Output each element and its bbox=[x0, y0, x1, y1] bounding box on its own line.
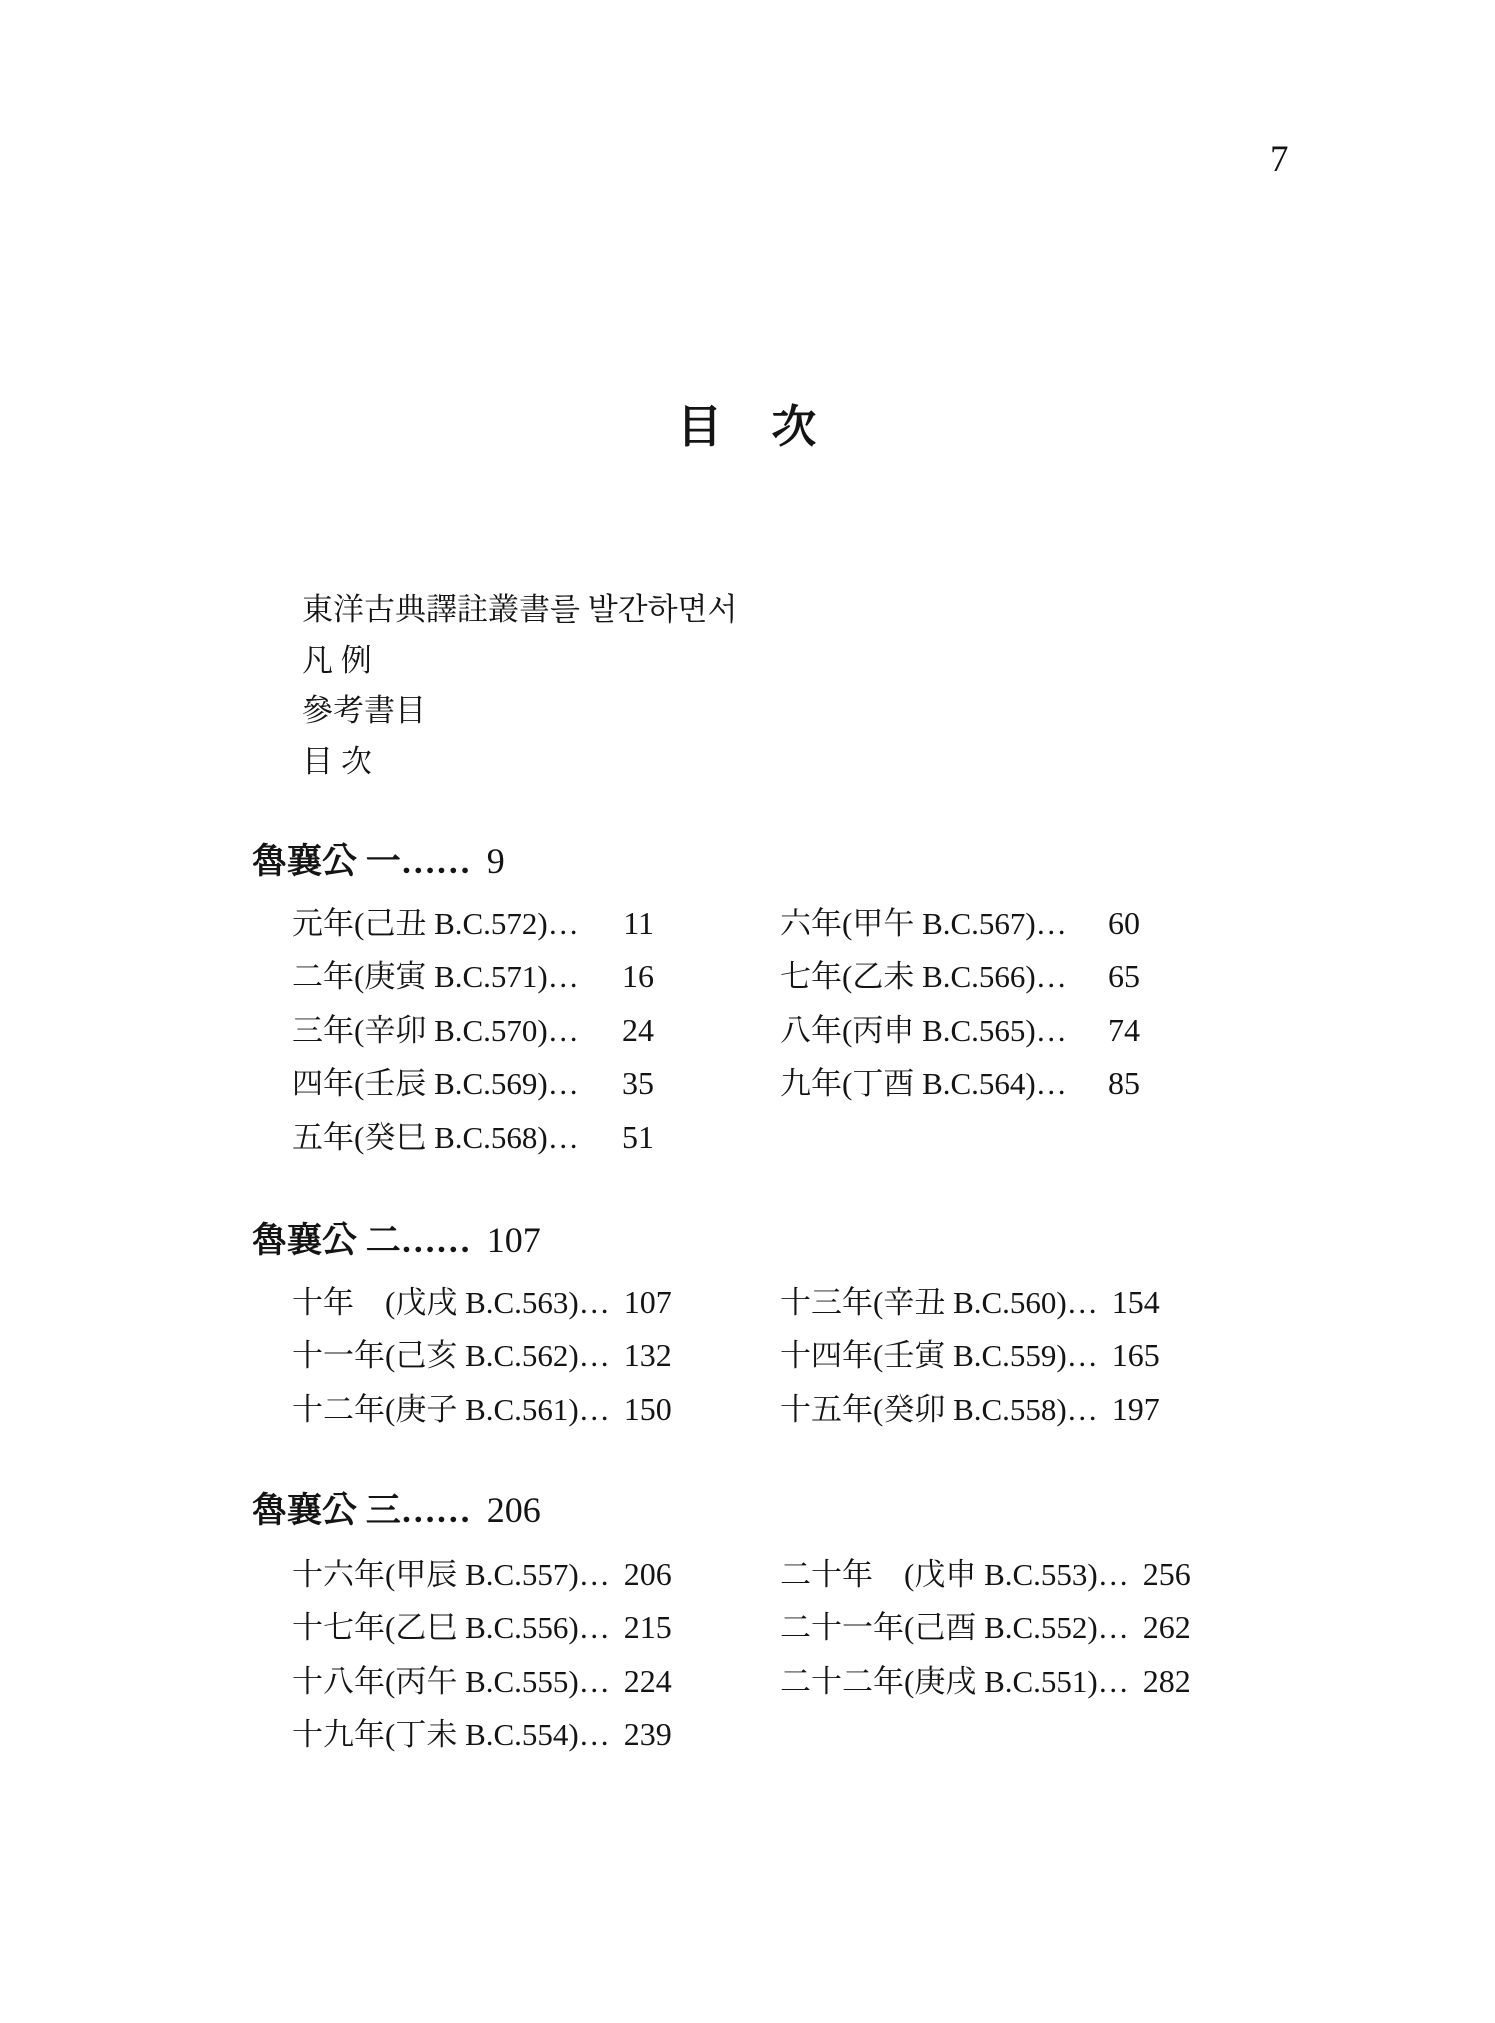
entries-right-column: 二十年 (戊申 B.C.553)…256 二十一年(己酉 B.C.552)…26… bbox=[780, 1548, 1140, 1708]
toc-entry: 二十年 (戊申 B.C.553)…256 bbox=[780, 1548, 1140, 1601]
front-matter-item-foreword: 東洋古典譯註叢書를 발간하면서 bbox=[302, 585, 737, 636]
entry-page-number: 154 bbox=[1112, 1276, 1160, 1329]
section-entries: 十六年(甲辰 B.C.557)…206 十七年(乙巳 B.C.556)…215 … bbox=[292, 1548, 1140, 1762]
entry-page-number: 11 bbox=[623, 897, 654, 950]
toc-entry: 二年(庚寅 B.C.571)…16 bbox=[292, 950, 654, 1003]
entry-page-number: 197 bbox=[1112, 1383, 1160, 1436]
toc-entry: 十七年(乙巳 B.C.556)…215 bbox=[292, 1601, 654, 1654]
entries-left-column: 十六年(甲辰 B.C.557)…206 十七年(乙巳 B.C.556)…215 … bbox=[292, 1548, 654, 1762]
section-entries: 十年 (戊戌 B.C.563)…107 十一年(己亥 B.C.562)…132 … bbox=[292, 1276, 1140, 1436]
entry-page-number: 107 bbox=[624, 1276, 672, 1329]
entries-right-column: 六年(甲午 B.C.567)…60 七年(乙未 B.C.566)…65 八年(丙… bbox=[780, 897, 1140, 1111]
entry-label: 十六年(甲辰 B.C.557)… bbox=[292, 1548, 610, 1601]
section-heading-text: 魯襄公 一…… bbox=[252, 842, 471, 881]
entries-left-column: 十年 (戊戌 B.C.563)…107 十一年(己亥 B.C.562)…132 … bbox=[292, 1276, 654, 1436]
entry-page-number: 215 bbox=[624, 1601, 672, 1654]
entry-label: 十二年(庚子 B.C.561)… bbox=[292, 1383, 610, 1436]
section-entries: 元年(己丑 B.C.572)…11 二年(庚寅 B.C.571)…16 三年(辛… bbox=[292, 897, 1140, 1164]
section-heading: 魯襄公 一……9 bbox=[252, 840, 505, 883]
entry-label: 十年 (戊戌 B.C.563)… bbox=[292, 1276, 610, 1329]
entry-label: 五年(癸巳 B.C.568)… bbox=[292, 1111, 579, 1164]
section-heading-text: 魯襄公 二…… bbox=[252, 1221, 471, 1260]
section-heading: 魯襄公 三……206 bbox=[252, 1489, 541, 1532]
toc-entry: 元年(己丑 B.C.572)…11 bbox=[292, 897, 654, 950]
toc-entry: 九年(丁酉 B.C.564)…85 bbox=[780, 1057, 1140, 1110]
entry-label: 元年(己丑 B.C.572)… bbox=[292, 897, 579, 950]
entry-page-number: 24 bbox=[622, 1004, 654, 1057]
section-heading-page: 206 bbox=[487, 1490, 541, 1530]
toc-entry: 五年(癸巳 B.C.568)…51 bbox=[292, 1111, 654, 1164]
entry-label: 二十二年(庚戌 B.C.551)… bbox=[780, 1655, 1129, 1708]
toc-entry: 十年 (戊戌 B.C.563)…107 bbox=[292, 1276, 654, 1329]
toc-entry: 四年(壬辰 B.C.569)…35 bbox=[292, 1057, 654, 1110]
entry-label: 十三年(辛丑 B.C.560)… bbox=[780, 1276, 1098, 1329]
entry-label: 七年(乙未 B.C.566)… bbox=[780, 950, 1067, 1003]
entry-page-number: 224 bbox=[624, 1655, 672, 1708]
entry-page-number: 206 bbox=[624, 1548, 672, 1601]
front-matter-list: 東洋古典譯註叢書를 발간하면서 凡 例 參考書目 目 次 bbox=[302, 585, 737, 787]
toc-entry: 三年(辛卯 B.C.570)…24 bbox=[292, 1004, 654, 1057]
entry-label: 四年(壬辰 B.C.569)… bbox=[292, 1057, 579, 1110]
page-title: 目 次 bbox=[0, 400, 1495, 454]
entry-label: 二十一年(己酉 B.C.552)… bbox=[780, 1601, 1129, 1654]
section-heading-page: 107 bbox=[487, 1220, 541, 1260]
entry-page-number: 256 bbox=[1143, 1548, 1191, 1601]
entry-page-number: 16 bbox=[622, 950, 654, 1003]
toc-entry: 十九年(丁未 B.C.554)…239 bbox=[292, 1708, 654, 1761]
entry-label: 六年(甲午 B.C.567)… bbox=[780, 897, 1067, 950]
entry-label: 八年(丙申 B.C.565)… bbox=[780, 1004, 1067, 1057]
toc-entry: 七年(乙未 B.C.566)…65 bbox=[780, 950, 1140, 1003]
entry-label: 十八年(丙午 B.C.555)… bbox=[292, 1655, 610, 1708]
entry-page-number: 165 bbox=[1112, 1329, 1160, 1382]
entry-page-number: 35 bbox=[622, 1057, 654, 1110]
front-matter-item-bibliography: 參考書目 bbox=[302, 686, 737, 737]
toc-entry: 八年(丙申 B.C.565)…74 bbox=[780, 1004, 1140, 1057]
entry-page-number: 282 bbox=[1143, 1655, 1191, 1708]
entry-label: 十四年(壬寅 B.C.559)… bbox=[780, 1329, 1098, 1382]
entry-label: 二十年 (戊申 B.C.553)… bbox=[780, 1548, 1129, 1601]
toc-entry: 十三年(辛丑 B.C.560)…154 bbox=[780, 1276, 1140, 1329]
entry-page-number: 262 bbox=[1143, 1601, 1191, 1654]
entries-left-column: 元年(己丑 B.C.572)…11 二年(庚寅 B.C.571)…16 三年(辛… bbox=[292, 897, 654, 1164]
entry-label: 九年(丁酉 B.C.564)… bbox=[780, 1057, 1067, 1110]
entry-label: 十九年(丁未 B.C.554)… bbox=[292, 1708, 610, 1761]
toc-entry: 六年(甲午 B.C.567)…60 bbox=[780, 897, 1140, 950]
front-matter-item-conventions: 凡 例 bbox=[302, 636, 737, 687]
page-number: 7 bbox=[1270, 140, 1289, 180]
entries-right-column: 十三年(辛丑 B.C.560)…154 十四年(壬寅 B.C.559)…165 … bbox=[780, 1276, 1140, 1436]
toc-entry: 十五年(癸卯 B.C.558)…197 bbox=[780, 1383, 1140, 1436]
entry-page-number: 239 bbox=[624, 1708, 672, 1761]
toc-entry: 十一年(己亥 B.C.562)…132 bbox=[292, 1329, 654, 1382]
section-heading: 魯襄公 二……107 bbox=[252, 1219, 541, 1262]
toc-entry: 十八年(丙午 B.C.555)…224 bbox=[292, 1655, 654, 1708]
front-matter-item-contents: 目 次 bbox=[302, 737, 737, 788]
section-heading-text: 魯襄公 三…… bbox=[252, 1491, 471, 1530]
entry-label: 二年(庚寅 B.C.571)… bbox=[292, 950, 579, 1003]
toc-entry: 十六年(甲辰 B.C.557)…206 bbox=[292, 1548, 654, 1601]
entry-page-number: 150 bbox=[624, 1383, 672, 1436]
entry-page-number: 74 bbox=[1108, 1004, 1140, 1057]
entry-label: 十五年(癸卯 B.C.558)… bbox=[780, 1383, 1098, 1436]
entry-page-number: 65 bbox=[1108, 950, 1140, 1003]
entry-label: 三年(辛卯 B.C.570)… bbox=[292, 1004, 579, 1057]
entry-page-number: 60 bbox=[1108, 897, 1140, 950]
entry-label: 十七年(乙巳 B.C.556)… bbox=[292, 1601, 610, 1654]
toc-entry: 二十一年(己酉 B.C.552)…262 bbox=[780, 1601, 1140, 1654]
entry-label: 十一年(己亥 B.C.562)… bbox=[292, 1329, 610, 1382]
toc-entry: 二十二年(庚戌 B.C.551)…282 bbox=[780, 1655, 1140, 1708]
toc-page: 7 目 次 東洋古典譯註叢書를 발간하면서 凡 例 參考書目 目 次 魯襄公 一… bbox=[0, 0, 1495, 2023]
section-heading-page: 9 bbox=[487, 841, 505, 881]
entry-page-number: 132 bbox=[624, 1329, 672, 1382]
entry-page-number: 51 bbox=[622, 1111, 654, 1164]
toc-entry: 十四年(壬寅 B.C.559)…165 bbox=[780, 1329, 1140, 1382]
toc-entry: 十二年(庚子 B.C.561)…150 bbox=[292, 1383, 654, 1436]
entry-page-number: 85 bbox=[1108, 1057, 1140, 1110]
